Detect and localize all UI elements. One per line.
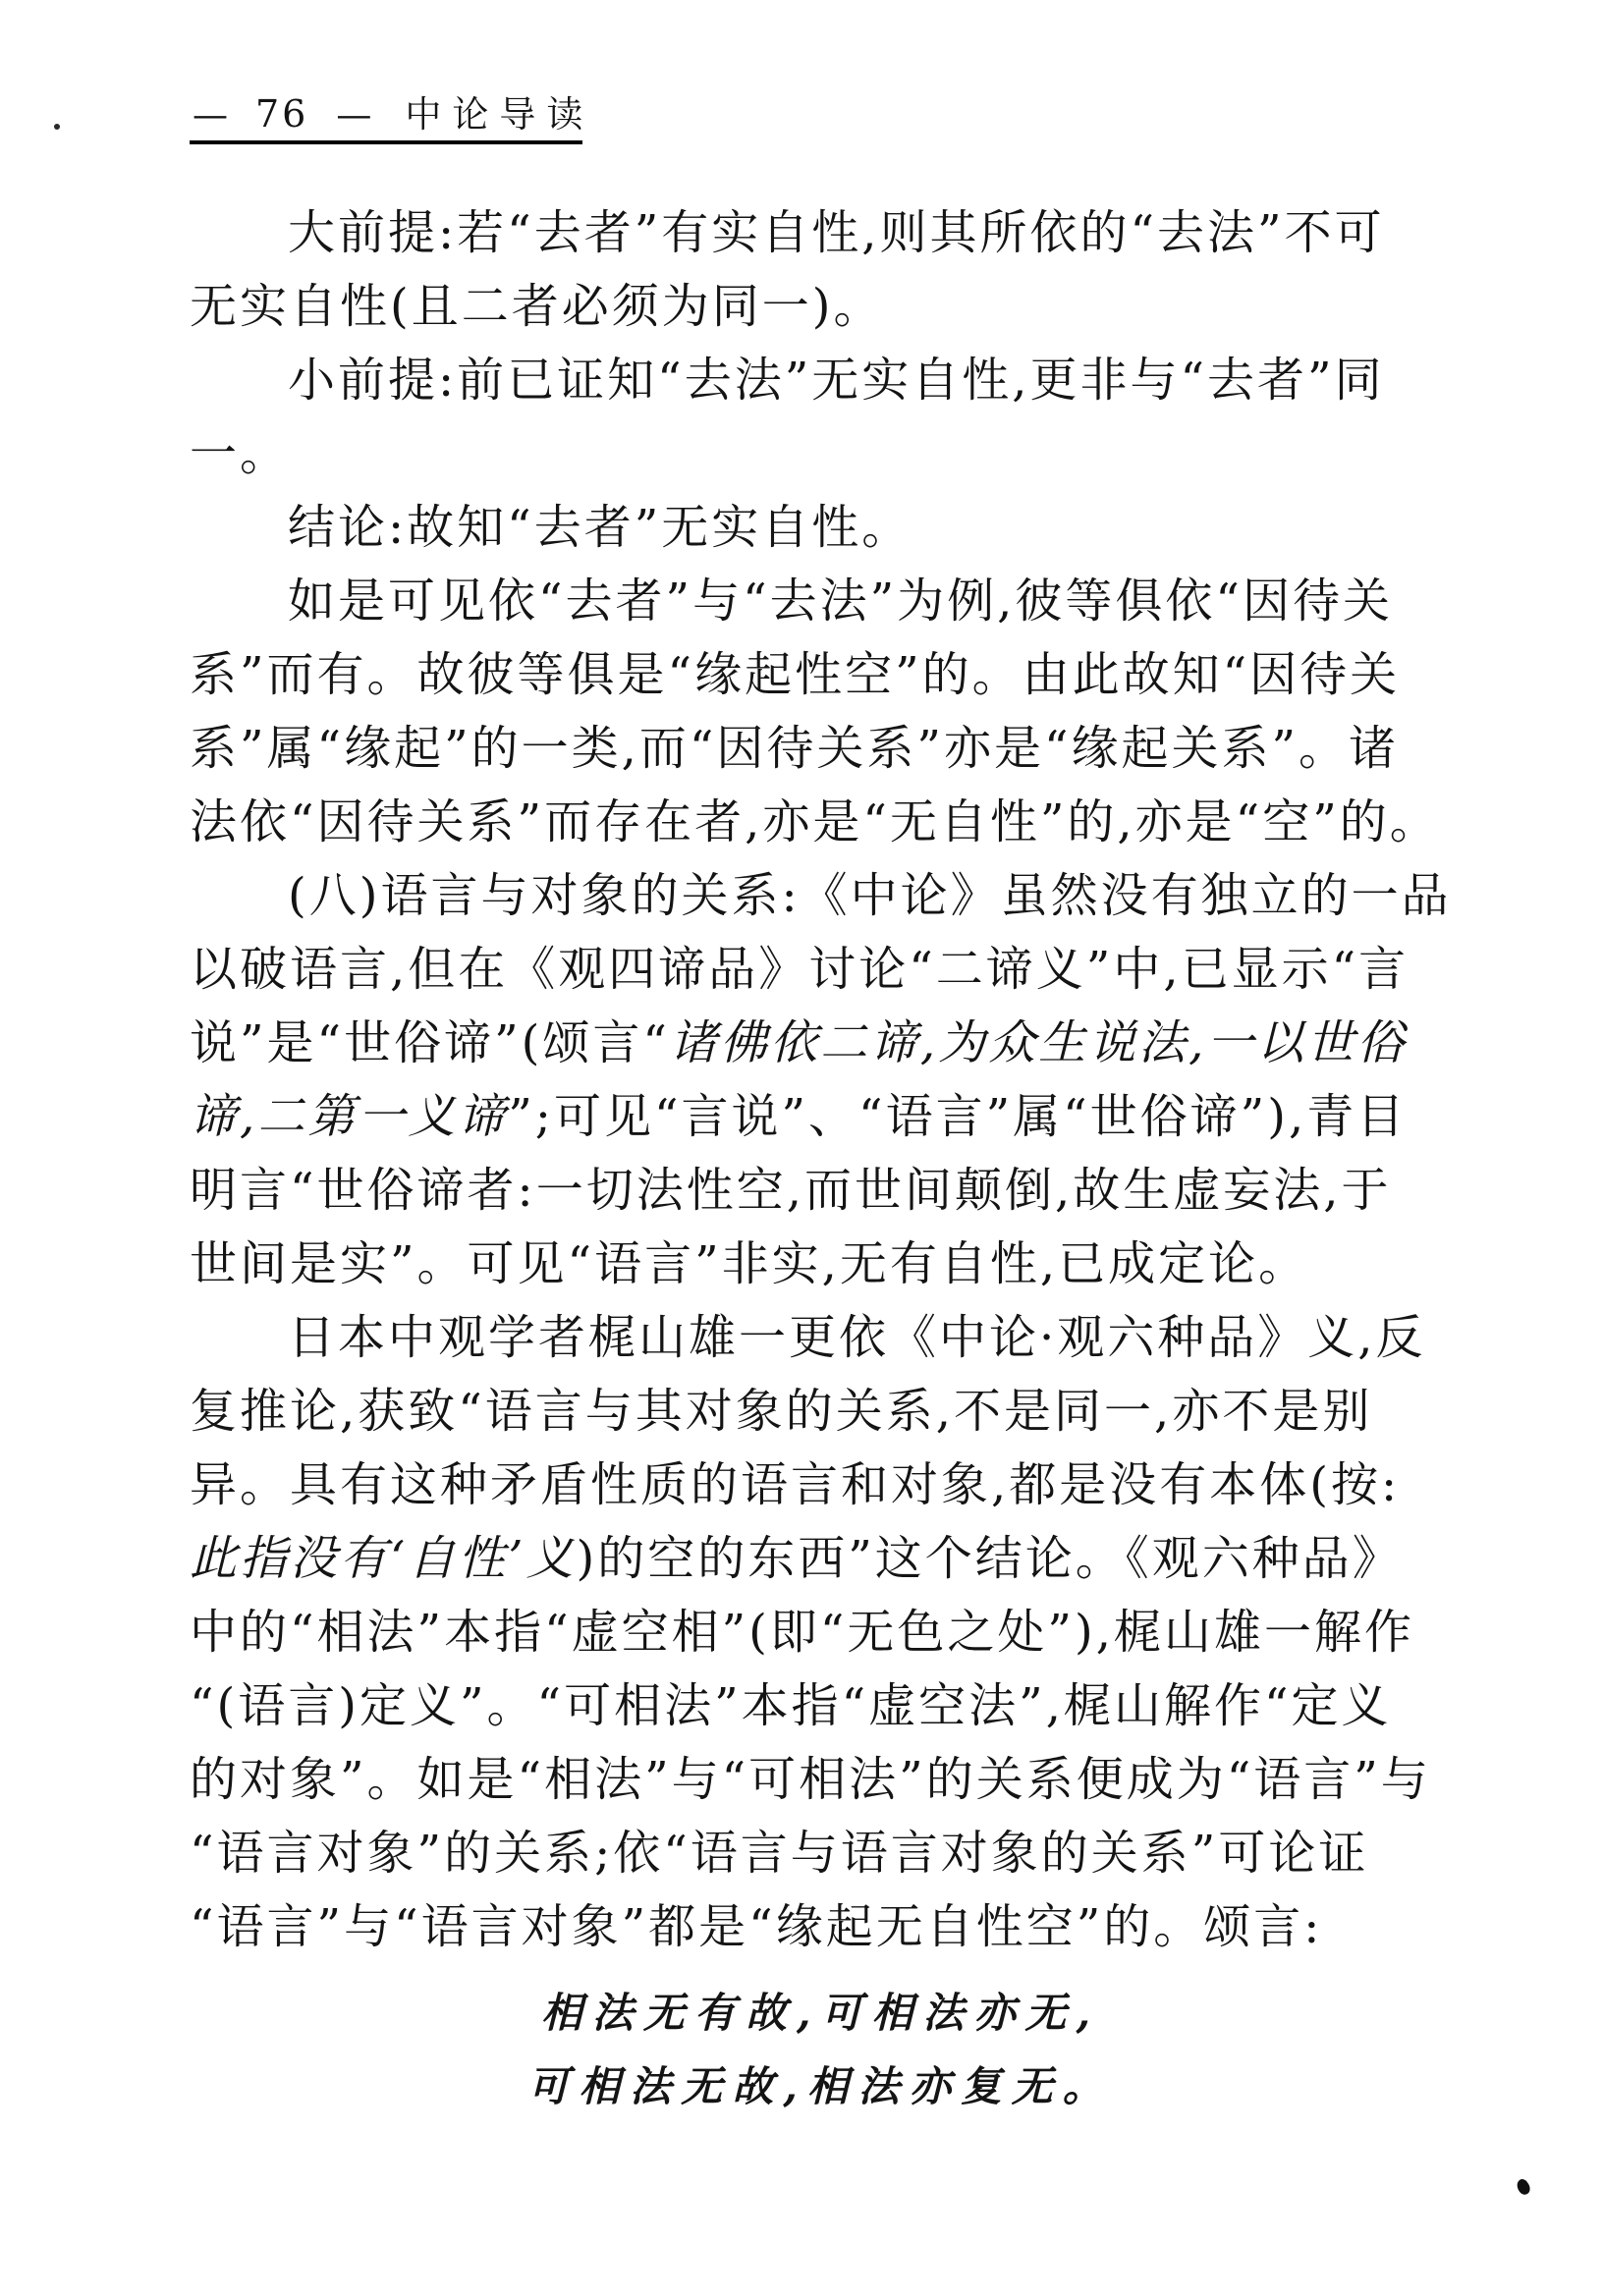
text-line-6: 如是可见依“去者”与“去法”为例,彼等俱依“因待关 xyxy=(190,565,1452,638)
text-line-11: 以破语言,但在《观四谛品》讨论“二谛义”中,已显示“言 xyxy=(190,933,1452,1007)
text-segment: 说”是“世俗谛”(颂言“ xyxy=(190,1015,670,1070)
text-line-3: 小前提:前已证知“去法”无实自性,更非与“去者”同 xyxy=(190,344,1452,417)
scan-artifact-speck xyxy=(1514,2177,1532,2197)
text-line-18: 异。具有这种矛盾性质的语言和对象,都是没有本体(按: xyxy=(190,1449,1452,1522)
text-line-17: 复推论,获致“语言与其对象的关系,不是同一,亦不是别 xyxy=(190,1375,1452,1449)
text-line-21: “(语言)定义”。“可相法”本指“虚空法”,梶山解作“定义 xyxy=(190,1669,1452,1743)
text-line-14: 明言“世俗谛者:一切法性空,而世间颠倒,故生虚妄法,于 xyxy=(190,1154,1452,1228)
text-line-7: 系”而有。故彼等俱是“缘起性空”的。由此故知“因待关 xyxy=(190,638,1452,712)
verse-line-1: 相法无有故,可相法亦无, xyxy=(190,1976,1452,2050)
verse-line-2: 可相法无故,相法亦复无。 xyxy=(190,2050,1452,2123)
text-segment: ”;可见“言说”、“语言”属“世俗谛”),青目 xyxy=(508,1089,1407,1144)
text-line-10: (八)语言与对象的关系:《中论》虽然没有独立的一品 xyxy=(190,859,1452,933)
verse-quote-segment: 谛,二第一义谛 xyxy=(190,1089,508,1144)
text-line-1: 大前提:若“去者”有实自性,则其所依的“去法”不可 xyxy=(190,196,1452,270)
text-line-5: 结论:故知“去者”无实自性。 xyxy=(190,491,1452,565)
header-rule xyxy=(190,140,582,144)
text-line-13: 谛,二第一义谛”;可见“言说”、“语言”属“世俗谛”),青目 xyxy=(190,1080,1452,1154)
page-number: 76 xyxy=(255,92,308,136)
book-title: 中论导读 xyxy=(405,93,593,137)
running-head: — 76 — 中论导读 xyxy=(193,92,593,137)
text-line-15: 世间是实”。可见“语言”非实,无有自性,已成定论。 xyxy=(190,1228,1452,1301)
annotation-segment: 此指没有‘自性’义 xyxy=(190,1531,577,1586)
text-line-22: 的对象”。如是“相法”与“可相法”的关系便成为“语言”与 xyxy=(190,1743,1452,1817)
verse-quote-segment: 诸佛依二谛,为众生说法,一以世俗 xyxy=(670,1015,1408,1070)
header-dash-left: — xyxy=(193,94,228,137)
text-line-8: 系”属“缘起”的一类,而“因待关系”亦是“缘起关系”。诸 xyxy=(190,712,1452,786)
text-line-12: 说”是“世俗谛”(颂言“诸佛依二谛,为众生说法,一以世俗 xyxy=(190,1007,1452,1080)
scanned-book-page: — 76 — 中论导读 大前提:若“去者”有实自性,则其所依的“去法”不可 无实… xyxy=(0,0,1603,2296)
text-segment: )的空的东西”这个结论。《观六种品》 xyxy=(577,1531,1403,1586)
text-line-2: 无实自性(且二者必须为同一)。 xyxy=(190,270,1452,344)
text-line-4: 一。 xyxy=(190,417,1452,491)
text-line-9: 法依“因待关系”而存在者,亦是“无自性”的,亦是“空”的。 xyxy=(190,786,1452,859)
text-line-19: 此指没有‘自性’义)的空的东西”这个结论。《观六种品》 xyxy=(190,1522,1452,1596)
body-text: 大前提:若“去者”有实自性,则其所依的“去法”不可 无实自性(且二者必须为同一)… xyxy=(190,196,1452,2123)
text-line-16: 日本中观学者梶山雄一更依《中论·观六种品》义,反 xyxy=(190,1301,1452,1375)
text-line-23: “语言对象”的关系;依“语言与语言对象的关系”可论证 xyxy=(190,1817,1452,1890)
text-line-20: 中的“相法”本指“虚空相”(即“无色之处”),梶山雄一解作 xyxy=(190,1596,1452,1669)
text-line-24: “语言”与“语言对象”都是“缘起无自性空”的。颂言: xyxy=(190,1890,1452,1964)
header-dash-right: — xyxy=(336,94,371,137)
scan-artifact-dot xyxy=(54,124,60,130)
